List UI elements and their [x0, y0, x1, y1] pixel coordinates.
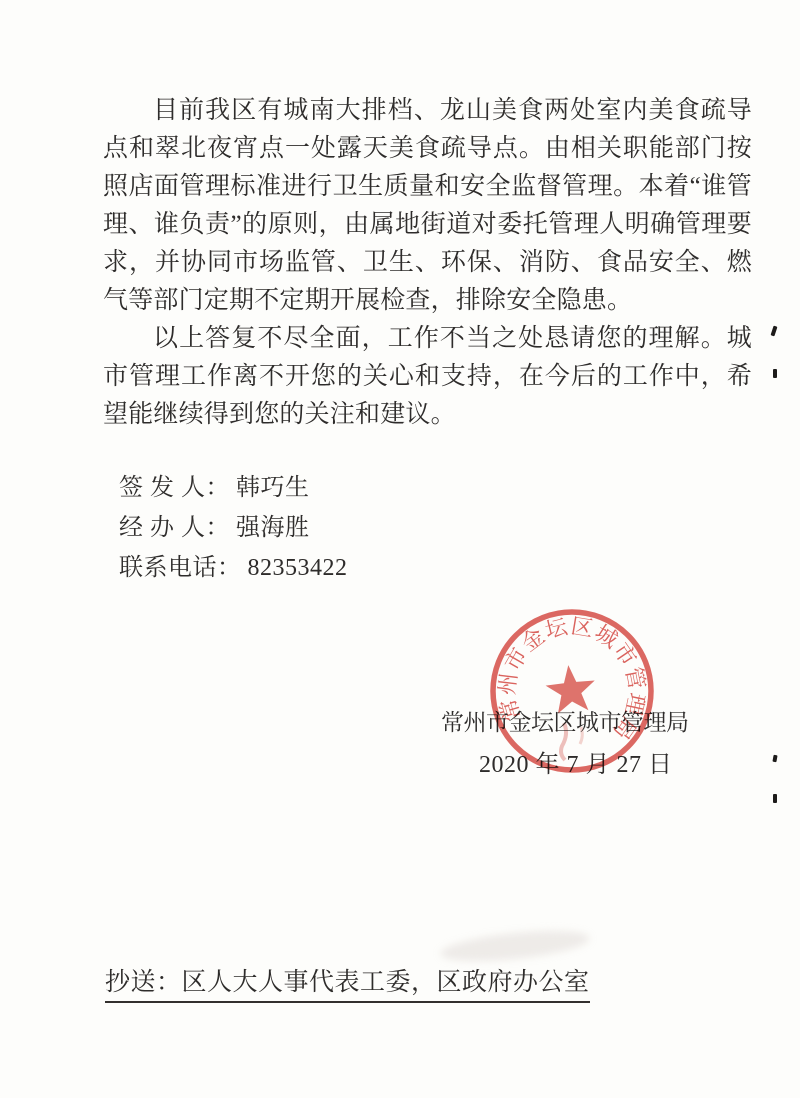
signer-line: 签 发 人：韩巧生	[119, 468, 348, 508]
phone-line: 联系电话：82353422	[119, 548, 348, 588]
cc-line: 抄送：区人大人事代表工委，区政府办公室	[105, 962, 590, 1003]
phone-label: 联系电话：	[119, 555, 242, 581]
document-page: 目前我区有城南大排档、龙山美食两处室内美食疏导点和翠北夜宵点一处露天美食疏导点。…	[0, 0, 800, 1098]
scan-artifact-mark	[773, 794, 777, 803]
paragraph-1: 目前我区有城南大排档、龙山美食两处室内美食疏导点和翠北夜宵点一处露天美食疏导点。…	[103, 92, 752, 320]
scan-artifact-mark	[771, 326, 778, 337]
scan-artifact-mark	[772, 755, 777, 763]
handler-name: 强海胜	[230, 515, 310, 541]
scan-artifact-mark	[773, 369, 777, 378]
scan-smudge	[439, 925, 591, 967]
official-seal-stamp-icon: 常州市金坛区城市管理局	[482, 601, 662, 781]
signer-label: 签 发 人：	[119, 475, 230, 501]
seal-star-icon	[544, 663, 598, 715]
signer-name: 韩巧生	[230, 475, 310, 501]
handler-line: 经 办 人：强海胜	[119, 508, 348, 548]
letter-body: 目前我区有城南大排档、龙山美食两处室内美食疏导点和翠北夜宵点一处露天美食疏导点。…	[103, 92, 752, 434]
signature-block: 签 发 人：韩巧生 经 办 人：强海胜 联系电话：82353422	[119, 468, 348, 588]
phone-number: 82353422	[242, 555, 348, 581]
handler-label: 经 办 人：	[119, 515, 230, 541]
paragraph-2: 以上答复不尽全面，工作不当之处恳请您的理解。城市管理工作离不开您的关心和支持，在…	[103, 320, 752, 434]
